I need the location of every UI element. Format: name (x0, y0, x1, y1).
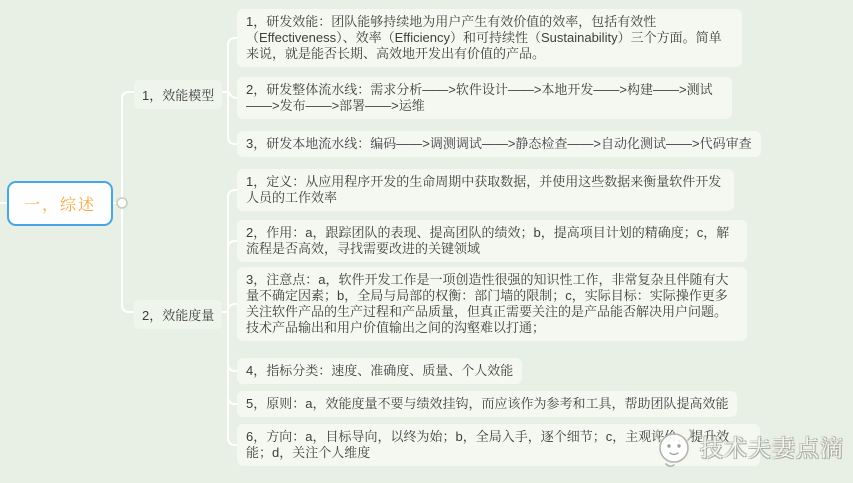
leaf-node[interactable]: 4，指标分类：速度、准确度、质量、个人效能 (237, 358, 522, 384)
root-node[interactable]: 一，综述 (7, 181, 113, 226)
leaf-node[interactable]: 3，注意点：a，软件开发工作是一项创造性很强的知识性工作，非常复杂且伴随有大量不… (237, 267, 747, 341)
leaf-node[interactable]: 1，定义：从应用程序开发的生命周期中获取数据，并使用这些数据来衡量软件开发人员的… (237, 169, 734, 211)
leaf-node[interactable]: 2，研发整体流水线：需求分析——>软件设计——>本地开发——>构建——>测试——… (237, 77, 732, 119)
collapse-handle-icon[interactable] (117, 198, 127, 208)
leaf-node[interactable]: 3，研发本地流水线：编码——>调测调试——>静态检查——>自动化测试——>代码审… (237, 131, 761, 157)
branch-node-measure[interactable]: 2，效能度量 (134, 300, 222, 329)
doodle-face-icon (648, 420, 700, 472)
leaf-node[interactable]: 2，作用：a，跟踪团队的表现、提高团队的绩效；b，提高项目计划的精确度；c，解流… (237, 220, 747, 262)
branch-node-model[interactable]: 1，效能模型 (134, 80, 222, 109)
watermark: 技术夫妻点滴 (648, 420, 844, 472)
leaf-node[interactable]: 1，研发效能：团队能够持续地为用户产生有效价值的效率，包括有效性（Effecti… (237, 9, 742, 67)
leaf-node[interactable]: 5，原则：a，效能度量不要与绩效挂钩，而应该作为参考和工具，帮助团队提高效能 (237, 391, 737, 417)
watermark-text: 技术夫妻点滴 (700, 430, 844, 463)
